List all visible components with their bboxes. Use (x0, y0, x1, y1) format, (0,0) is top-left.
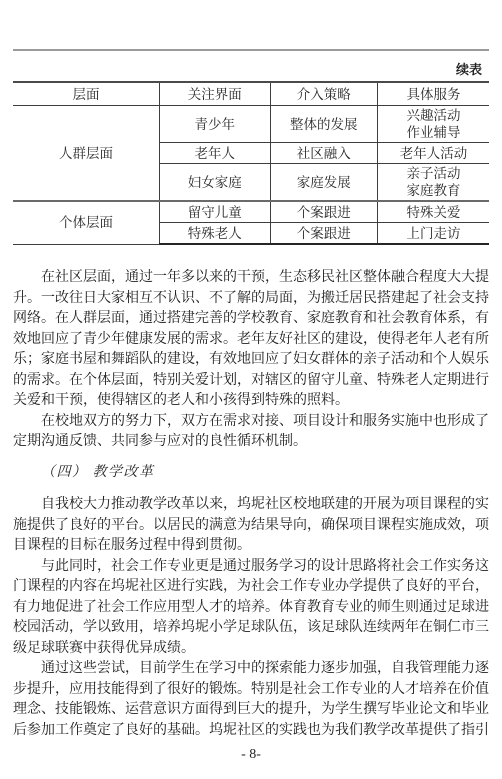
strategy-cell: 整体的发展 (270, 106, 378, 143)
strategy-cell: 社区融入 (270, 143, 378, 164)
page-number: - 8- (0, 747, 502, 763)
service-cell: 亲子活动 家庭教育 (378, 164, 489, 202)
layer-cell-individual: 个体层面 (13, 201, 160, 244)
service-cell: 上门走访 (378, 223, 489, 245)
header-cell-focus: 关注界面 (160, 82, 270, 106)
focus-cell: 留守儿童 (160, 201, 270, 223)
focus-cell: 妇女家庭 (160, 164, 270, 202)
body-text-block: 在社区层面，通过一年多以来的干预，生态移民社区整体融合程度大大提升。一改往日大家… (13, 268, 489, 741)
document-page: 续表 层面 关注界面 介入策略 具体服务 人群层面 青少年 整体的发展 兴趣活动… (0, 0, 502, 779)
focus-cell: 青少年 (160, 106, 270, 143)
table-continued-label: 续表 (13, 62, 482, 77)
layer-cell-group: 人群层面 (13, 106, 160, 202)
paragraph-community-results: 在社区层面，通过一年多以来的干预，生态移民社区整体融合程度大大提升。一改往日大家… (13, 268, 489, 412)
strategy-cell: 个案跟进 (270, 201, 378, 223)
section-heading-teaching-reform: （四） 教学改革 (13, 463, 489, 484)
page-header-rule (13, 49, 489, 51)
paragraph-curriculum-platform: 自我校大力推动教学改革以来，坞坭社区校地联建的开展为项目课程的实施提供了良好的平… (13, 495, 489, 557)
header-cell-service: 具体服务 (378, 82, 489, 106)
paragraph-feedback-mechanism: 在校地双方的努力下，双方在需求对接、项目设计和服务实施中也形成了定期沟通反馈、共… (13, 412, 489, 453)
table-row: 个体层面 留守儿童 个案跟进 特殊关爱 (13, 201, 489, 223)
table-row: 人群层面 青少年 整体的发展 兴趣活动 作业辅导 (13, 106, 489, 143)
service-cell: 特殊关爱 (378, 201, 489, 223)
focus-cell: 老年人 (160, 143, 270, 164)
community-service-table: 层面 关注界面 介入策略 具体服务 人群层面 青少年 整体的发展 兴趣活动 作业… (13, 81, 489, 245)
paragraph-social-work-practice: 与此同时，社会工作专业更是通过服务学习的设计思路将社会工作实务这门课程的内容在坞… (13, 557, 489, 660)
table-header-row: 层面 关注界面 介入策略 具体服务 (13, 82, 489, 106)
focus-cell: 特殊老人 (160, 223, 270, 245)
strategy-cell: 家庭发展 (270, 164, 378, 202)
header-cell-layer: 层面 (13, 82, 160, 106)
strategy-cell: 个案跟进 (270, 223, 378, 245)
paragraph-student-growth: 通过这些尝试，目前学生在学习中的探索能力逐步加强，自我管理能力逐步提升，应用技能… (13, 659, 489, 741)
header-cell-strategy: 介入策略 (270, 82, 378, 106)
service-cell: 老年人活动 (378, 143, 489, 164)
service-cell: 兴趣活动 作业辅导 (378, 106, 489, 143)
